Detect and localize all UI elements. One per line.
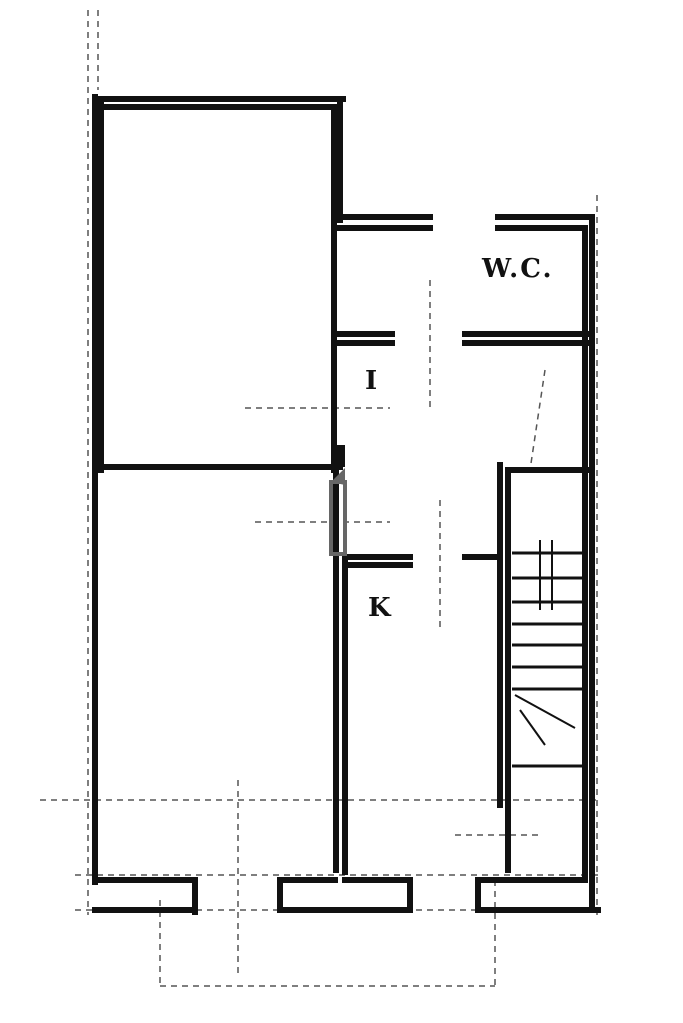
staircase-treads (512, 540, 584, 766)
room-label-kitchen: K (368, 593, 393, 623)
room-label-wc: W.C. (482, 254, 554, 284)
floor-plan (0, 0, 683, 1023)
room-label-hall: I (365, 366, 379, 396)
dimension-lines (40, 10, 600, 990)
